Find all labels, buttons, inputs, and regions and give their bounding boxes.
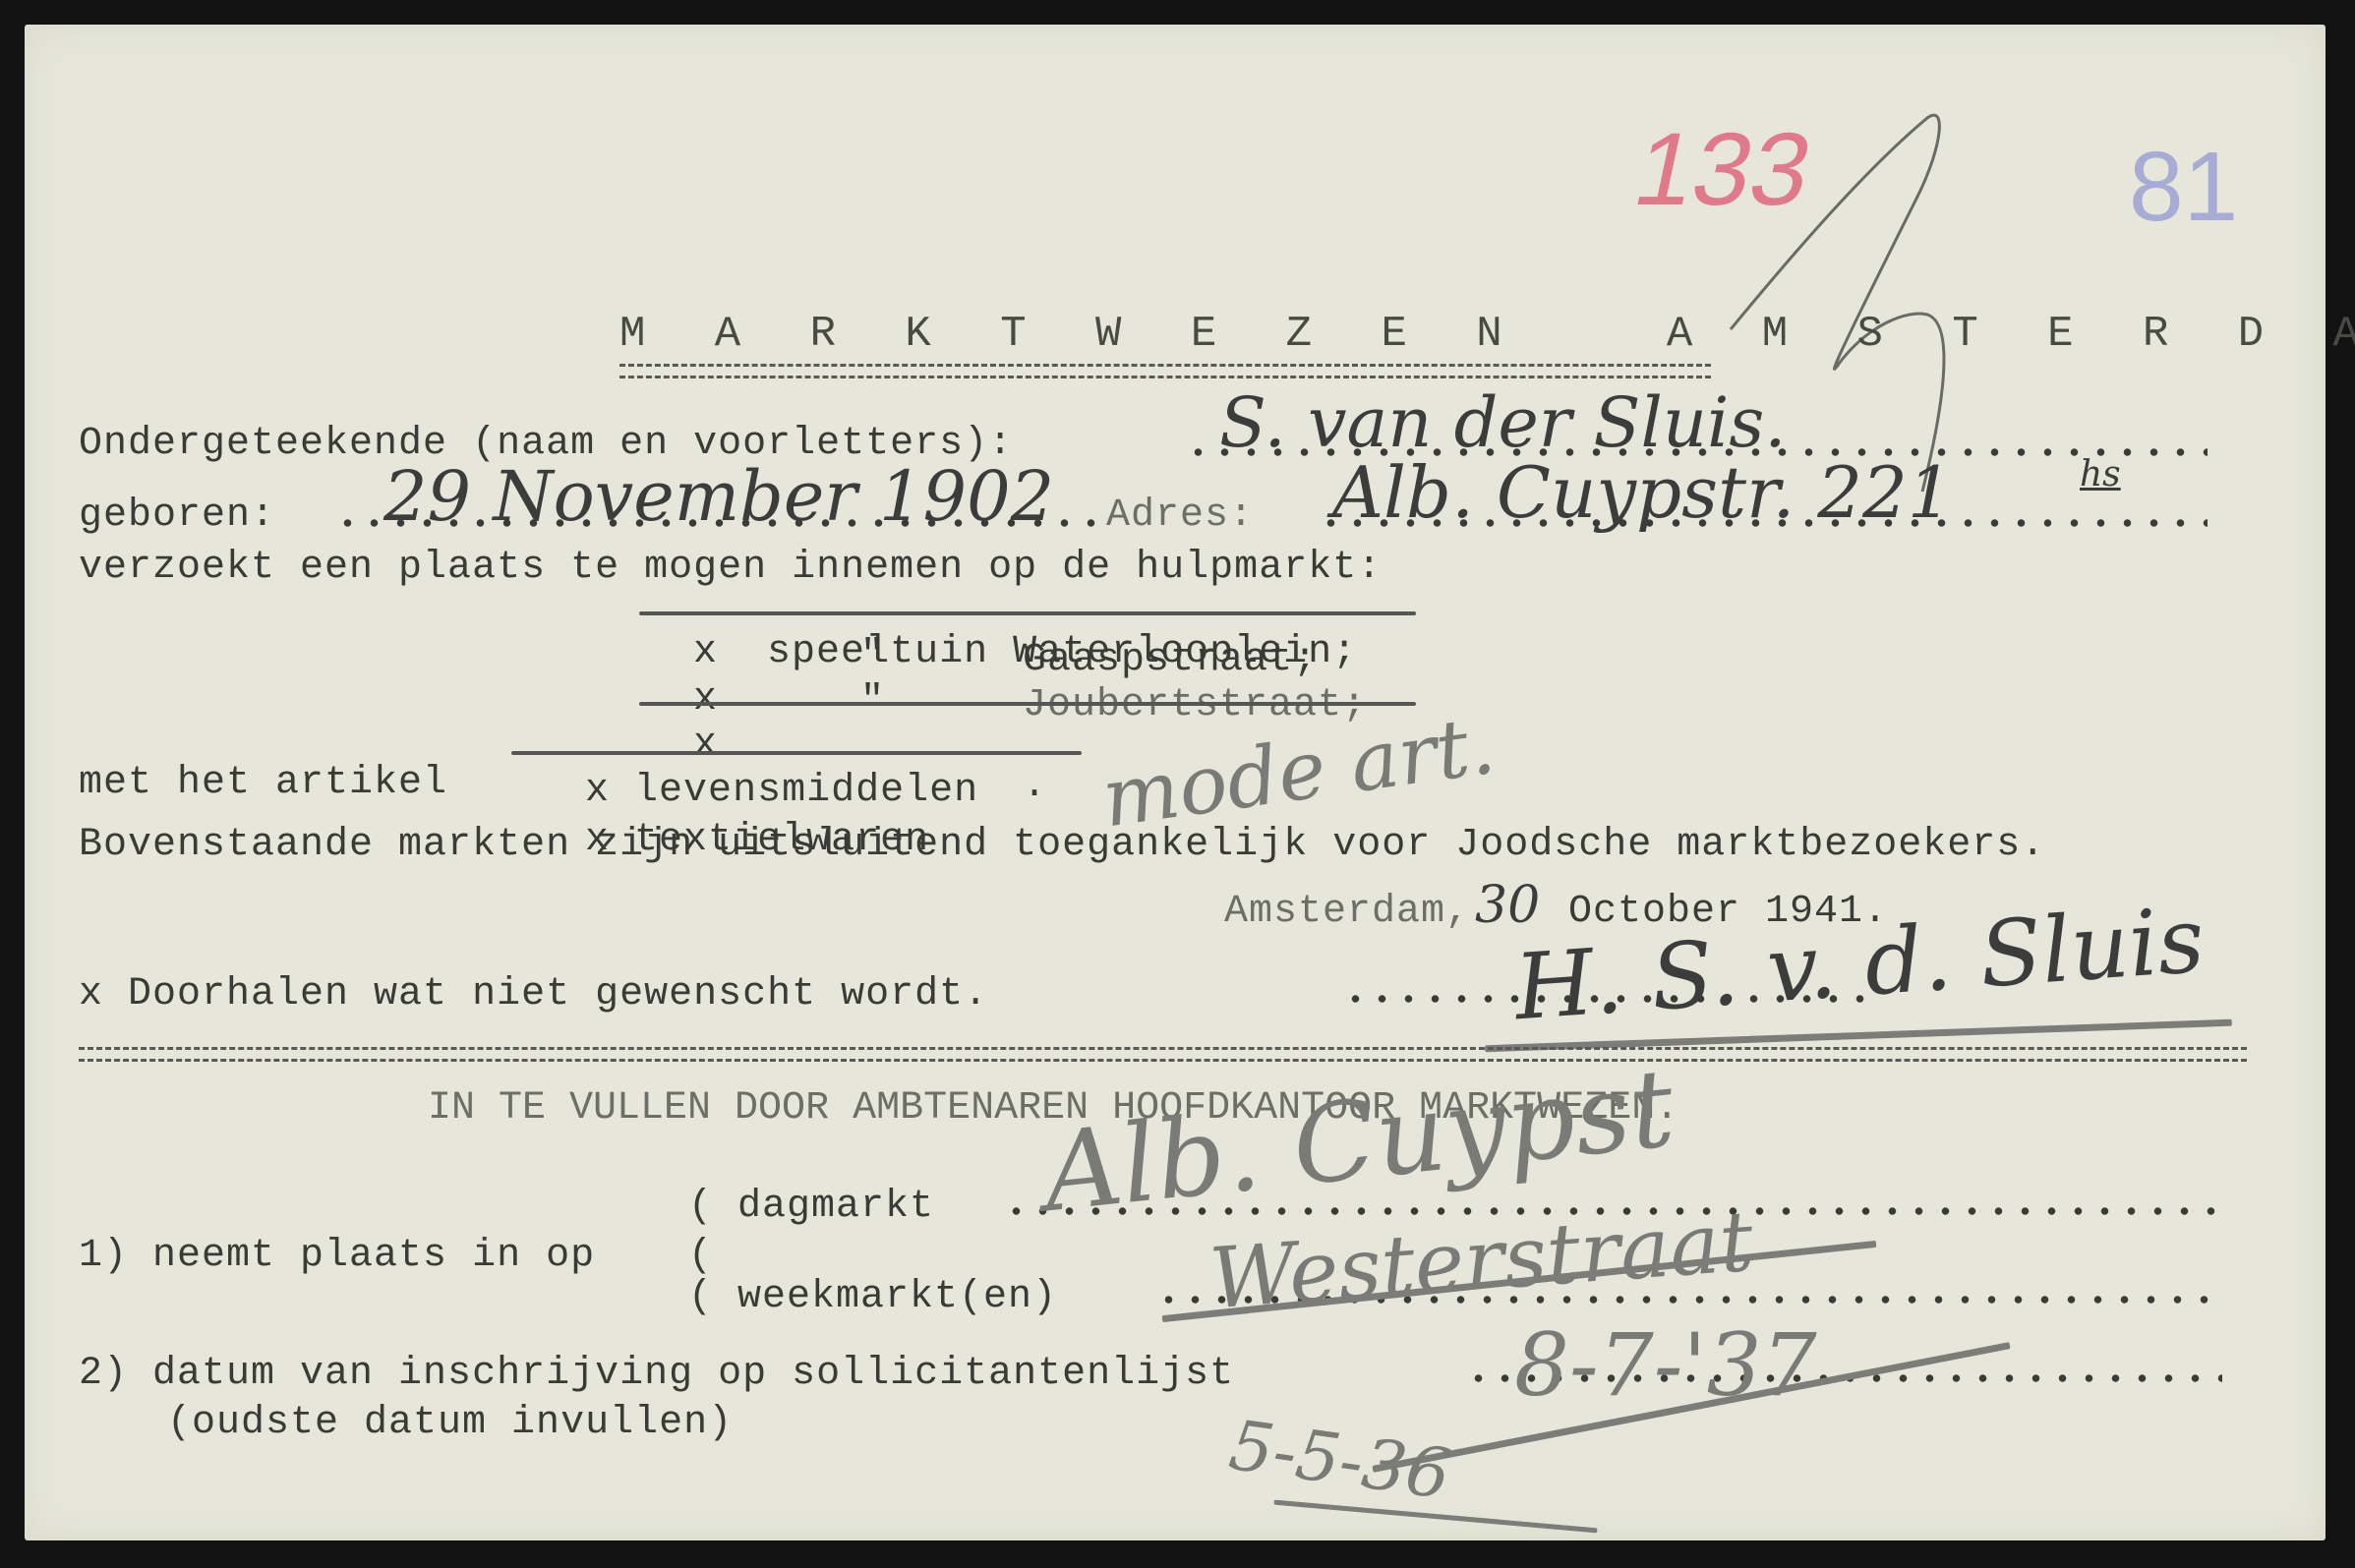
section-separator: [79, 1047, 2247, 1062]
name-field-value[interactable]: S. van der Sluis.: [1219, 388, 1787, 457]
address-suffix: hs: [2080, 457, 2121, 493]
strike-levensmiddelen: [511, 751, 1082, 755]
article-period: .: [1023, 767, 1047, 806]
born-field-value[interactable]: 29 November 1902: [383, 462, 1054, 531]
bracket-middle: (: [688, 1237, 713, 1276]
item2-sublabel: (oudste datum invullen): [167, 1404, 733, 1443]
strike-waterlooplein: [639, 611, 1416, 615]
ditto-mark: ": [860, 637, 885, 676]
place-label: Amsterdam,: [1224, 893, 1470, 932]
notice-text: Bovenstaande markten zijn uitsluitend to…: [79, 826, 2045, 865]
date-day[interactable]: 30: [1475, 880, 1540, 931]
request-line: verzoekt een plaats te mogen innemen op …: [79, 549, 1382, 588]
title-double-underline: [619, 364, 1711, 378]
article-label: met het artikel: [79, 764, 447, 803]
market-name: Gaaspstraat;: [1023, 641, 1318, 680]
item1-label: 1) neemt plaats in op: [79, 1237, 595, 1276]
item2-label: 2) datum van inschrijving op sollicitant…: [79, 1355, 1234, 1394]
day-market-label: ( dagmarkt: [688, 1188, 934, 1227]
week-market-label: ( weekmarkt(en): [688, 1278, 1057, 1317]
address-label: Adres:: [1106, 496, 1254, 536]
address-field-value[interactable]: Alb. Cuypstr. 221: [1332, 457, 1953, 528]
item2-struck-value: 8-7-'37: [1514, 1322, 1817, 1409]
footnote-text: x Doorhalen wat niet gewenscht wordt.: [79, 975, 988, 1015]
born-label: geboren:: [79, 496, 275, 536]
form-title: M A R K T W E Z E N A M S T E R D A M.: [619, 313, 2355, 356]
market-name: Joubertstraat;: [1023, 686, 1367, 726]
strike-joubertstraat: [639, 702, 1416, 706]
